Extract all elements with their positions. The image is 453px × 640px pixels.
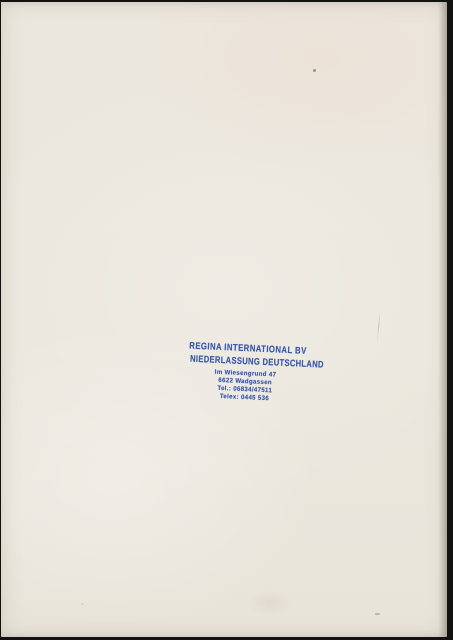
paper-speck bbox=[313, 69, 316, 72]
paper-crease bbox=[376, 312, 380, 344]
scanned-photo-back: REGINA INTERNATIONAL BV NIEDERLASSUNG DE… bbox=[0, 0, 453, 640]
company-rubber-stamp: REGINA INTERNATIONAL BV NIEDERLASSUNG DE… bbox=[174, 339, 317, 405]
paper-surface: REGINA INTERNATIONAL BV NIEDERLASSUNG DE… bbox=[1, 2, 447, 637]
paper-speck bbox=[81, 603, 84, 605]
paper-corner-chip bbox=[1, 2, 6, 9]
paper-speck bbox=[375, 613, 380, 615]
stamp-address-block: Im Wiesengrund 47 6622 Wadgassen Tel.: 0… bbox=[174, 367, 315, 405]
paper-smudge bbox=[246, 590, 294, 616]
